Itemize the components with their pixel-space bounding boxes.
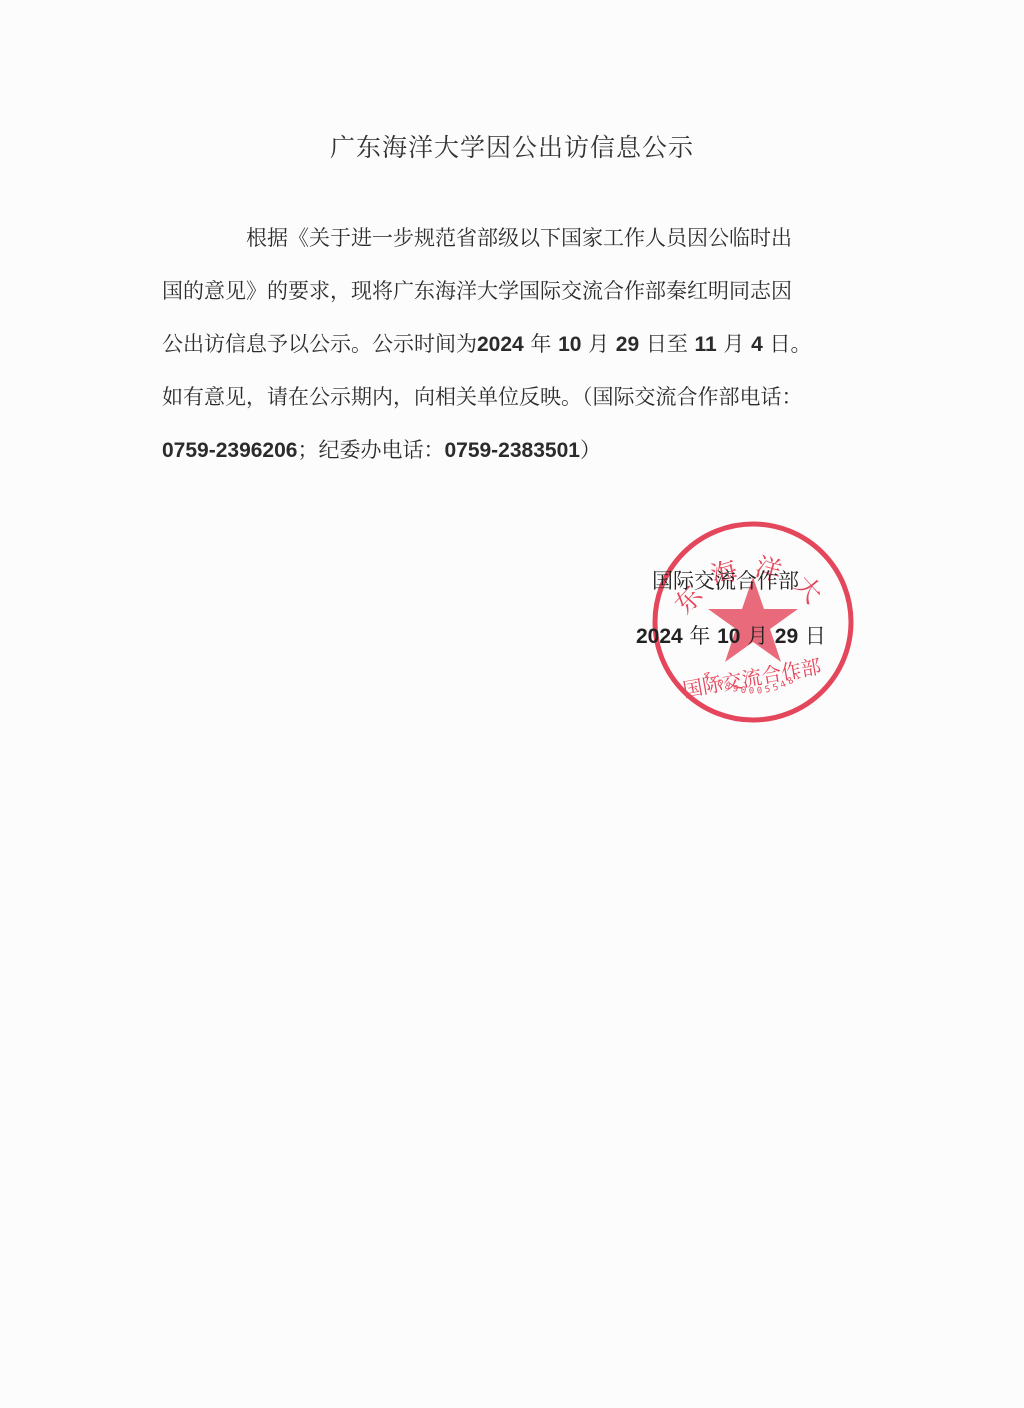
phone-discipline-office: 0759-2383501: [444, 439, 579, 462]
signature-year: 2024: [636, 625, 683, 648]
signature-date: 2024 年 10 月 29 日: [636, 620, 826, 650]
body-line-3: 公出访信息予以公示。公示时间为2024 年 10 月 29 日至 11 月 4 …: [162, 318, 862, 371]
body-line-1: 根据《关于进一步规范省部级以下国家工作人员因公临时出: [162, 212, 862, 265]
closing-paren: ）: [580, 438, 601, 462]
signature-month: 10: [717, 625, 740, 648]
phone-international-office: 0759-2396206: [162, 439, 297, 462]
discipline-office-label: 纪委办电话：: [318, 438, 444, 462]
period-month-unit: 月: [581, 332, 615, 356]
signature-year-unit: 年: [683, 624, 717, 648]
document-page: 广东海洋大学因公出访信息公示 根据《关于进一步规范省部级以下国家工作人员因公临时…: [0, 0, 1024, 1408]
period-end-day: 4: [751, 333, 763, 356]
body-line-4: 如有意见，请在公示期内，向相关单位反映。（国际交流合作部电话：: [162, 371, 862, 424]
page-title: 广东海洋大学因公出访信息公示: [0, 128, 1024, 164]
signature-day: 29: [775, 625, 798, 648]
phone-separator: ；: [297, 438, 318, 462]
period-day-to: 日至: [639, 332, 694, 356]
period-year: 2024: [477, 333, 524, 356]
body-line-2: 国的意见》的要求，现将广东海洋大学国际交流合作部秦红明同志因: [162, 265, 862, 318]
notice-body: 根据《关于进一步规范省部级以下国家工作人员因公临时出 国的意见》的要求，现将广东…: [162, 212, 862, 477]
period-year-unit: 年: [524, 332, 558, 356]
period-start-day: 29: [616, 333, 639, 356]
signature-month-unit: 月: [740, 624, 774, 648]
period-start-month: 10: [558, 333, 581, 356]
body-line-3-text: 公出访信息予以公示。公示时间为: [162, 332, 477, 356]
body-line-5: 0759-2396206；纪委办电话：0759-2383501）: [162, 424, 862, 477]
period-end-month: 11: [695, 333, 717, 356]
period-day-end: 日。: [763, 332, 812, 356]
period-month-unit-2: 月: [717, 332, 751, 356]
signature-organization: 国际交流合作部: [652, 565, 799, 595]
signature-day-unit: 日: [798, 624, 826, 648]
